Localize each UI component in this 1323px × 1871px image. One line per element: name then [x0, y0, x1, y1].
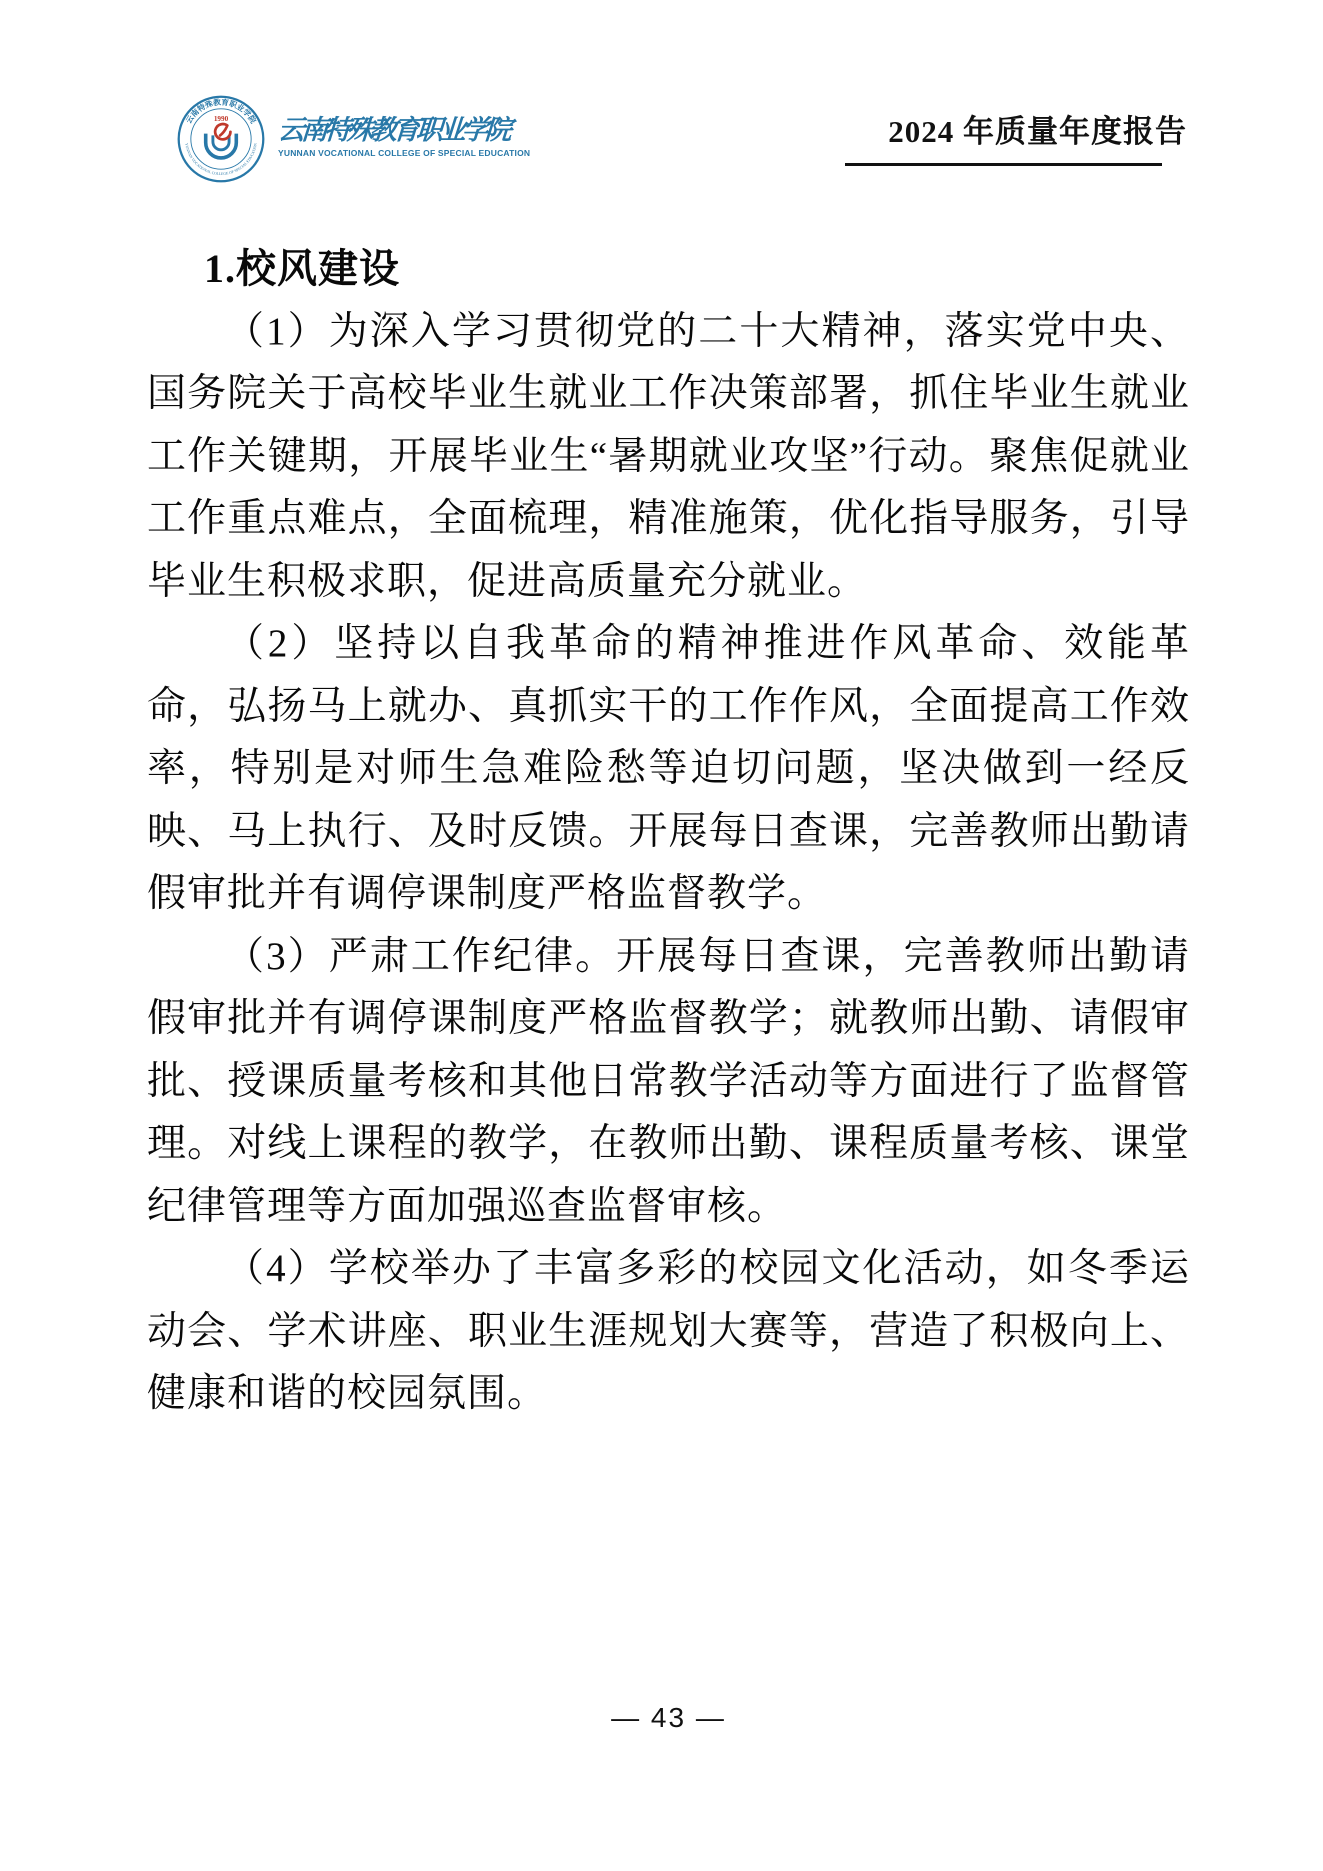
college-logo-text: 云南特殊教育职业学院 YUNNAN VOCATIONAL COLLEGE OF … [278, 114, 530, 158]
report-title: 2024 年质量年度报告 [888, 106, 1187, 151]
paragraph-4: （4）学校举办了丰富多彩的校园文化活动，如冬季运动会、学术讲座、职业生涯规划大赛… [147, 1238, 1190, 1426]
college-seal-icon: 云南特殊教育职业学院 YUNNAN VOCATIONAL COLLEGE OF … [176, 94, 266, 184]
section-heading: 1.校风建设 [204, 238, 1190, 301]
paragraph-1: （1）为深入学习贯彻党的二十大精神，落实党中央、国务院关于高校毕业生就业工作决策… [147, 301, 1190, 614]
page-number: — 43 — [147, 1702, 1190, 1734]
seal-year-text: 1990 [214, 115, 229, 123]
paragraph-2: （2）坚持以自我革命的精神推进作风革命、效能革命，弘扬马上就办、真抓实干的工作作… [147, 613, 1190, 926]
document-body: 1.校风建设 （1）为深入学习贯彻党的二十大精神，落实党中央、国务院关于高校毕业… [147, 238, 1190, 1426]
page: 云南特殊教育职业学院 YUNNAN VOCATIONAL COLLEGE OF … [0, 0, 1323, 1871]
title-underline [845, 163, 1162, 166]
college-name-calligraphy: 云南特殊教育职业学院 [277, 114, 531, 146]
college-name-english: YUNNAN VOCATIONAL COLLEGE OF SPECIAL EDU… [278, 148, 530, 158]
paragraph-3: （3）严肃工作纪律。开展每日查课，完善教师出勤请假审批并有调停课制度严格监督教学… [147, 926, 1190, 1239]
college-logo: 云南特殊教育职业学院 YUNNAN VOCATIONAL COLLEGE OF … [176, 94, 530, 184]
